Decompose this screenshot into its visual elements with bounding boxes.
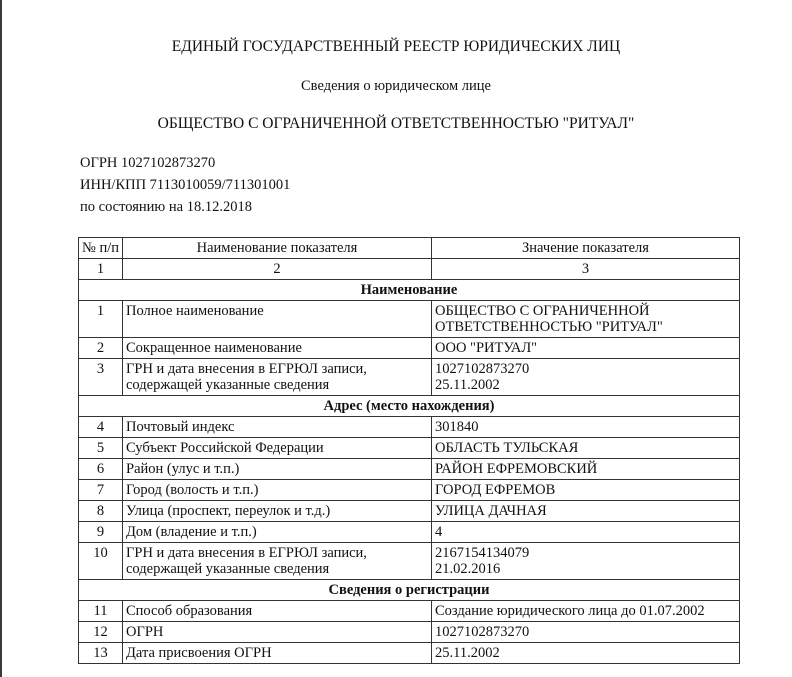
- row-number: 6: [79, 459, 123, 480]
- indicator-name-line: содержащей указанные сведения: [126, 561, 428, 577]
- table-row: 8Улица (проспект, переулок и т.д.)УЛИЦА …: [79, 501, 740, 522]
- window-left-border: [0, 0, 2, 677]
- column-index-2: 2: [123, 259, 432, 280]
- indicator-name: Почтовый индекс: [123, 417, 432, 438]
- row-number: 4: [79, 417, 123, 438]
- indicator-name-line: ГРН и дата внесения в ЕГРЮЛ записи,: [126, 361, 428, 377]
- row-number: 2: [79, 338, 123, 359]
- row-number: 3: [79, 359, 123, 396]
- column-index-3: 3: [432, 259, 740, 280]
- table-row: 7Город (волость и т.п.)ГОРОД ЕФРЕМОВ: [79, 480, 740, 501]
- indicator-value: Создание юридического лица до 01.07.2002: [432, 601, 740, 622]
- indicator-value: УЛИЦА ДАЧНАЯ: [432, 501, 740, 522]
- inn-kpp-line: ИНН/КПП 7113010059/711301001: [80, 174, 290, 196]
- indicator-name-line: Способ образования: [126, 601, 428, 621]
- column-index-1: 1: [79, 259, 123, 280]
- table-row: 2Сокращенное наименованиеООО "РИТУАЛ": [79, 338, 740, 359]
- indicator-value: 301840: [432, 417, 740, 438]
- indicator-value-line: 2167154134079: [435, 545, 736, 561]
- indicator-name-line: Район (улус и т.п.): [126, 459, 428, 479]
- section-header-row: Адрес (место нахождения): [79, 396, 740, 417]
- indicator-name: ОГРН: [123, 622, 432, 643]
- indicator-value-line: ГОРОД ЕФРЕМОВ: [435, 480, 736, 500]
- row-number: 1: [79, 301, 123, 338]
- section-title: Сведения о регистрации: [79, 580, 740, 601]
- indicator-value-line: ООО "РИТУАЛ": [435, 338, 736, 358]
- indicator-value-line: ОБЛАСТЬ ТУЛЬСКАЯ: [435, 438, 736, 458]
- ogrn-line: ОГРН 1027102873270: [80, 152, 215, 174]
- indicator-name-line: Дом (владение и т.п.): [126, 522, 428, 542]
- company-name: ОБЩЕСТВО С ОГРАНИЧЕННОЙ ОТВЕТСТВЕННОСТЬЮ…: [0, 115, 792, 133]
- column-header-indicator: Наименование показателя: [123, 238, 432, 259]
- column-header-number: № п/п: [79, 238, 123, 259]
- indicator-value-line: 21.02.2016: [435, 561, 736, 577]
- registry-title: ЕДИНЫЙ ГОСУДАРСТВЕННЫЙ РЕЕСТР ЮРИДИЧЕСКИ…: [0, 38, 792, 56]
- indicator-name-line: Субъект Российской Федерации: [126, 438, 428, 458]
- indicator-value-line: ОТВЕТСТВЕННОСТЬЮ "РИТУАЛ": [435, 319, 736, 335]
- indicator-value-line: ОБЩЕСТВО С ОГРАНИЧЕННОЙ: [435, 303, 736, 319]
- indicator-value: ОБЛАСТЬ ТУЛЬСКАЯ: [432, 438, 740, 459]
- indicator-value-line: 25.11.2002: [435, 377, 736, 393]
- section-title: Адрес (место нахождения): [79, 396, 740, 417]
- row-number: 11: [79, 601, 123, 622]
- indicator-name: Способ образования: [123, 601, 432, 622]
- indicator-value: ОБЩЕСТВО С ОГРАНИЧЕННОЙОТВЕТСТВЕННОСТЬЮ …: [432, 301, 740, 338]
- table-row: 11Способ образованияСоздание юридическог…: [79, 601, 740, 622]
- indicator-value-line: 1027102873270: [435, 622, 736, 642]
- indicator-name-line: Улица (проспект, переулок и т.д.): [126, 501, 428, 521]
- indicator-value-line: 1027102873270: [435, 361, 736, 377]
- indicator-value-line: 4: [435, 522, 736, 542]
- table-row: 13Дата присвоения ОГРН25.11.2002: [79, 643, 740, 664]
- indicator-value-line: Создание юридического лица до 01.07.2002: [435, 601, 736, 621]
- indicator-name: Субъект Российской Федерации: [123, 438, 432, 459]
- indicator-value: ГОРОД ЕФРЕМОВ: [432, 480, 740, 501]
- row-number: 12: [79, 622, 123, 643]
- indicator-name-line: содержащей указанные сведения: [126, 377, 428, 393]
- as-of-date-line: по состоянию на 18.12.2018: [80, 196, 252, 218]
- indicator-name-line: Почтовый индекс: [126, 417, 428, 437]
- indicator-name-line: ОГРН: [126, 622, 428, 642]
- indicator-value-line: 25.11.2002: [435, 643, 736, 663]
- registry-table: № п/п Наименование показателя Значение п…: [78, 237, 740, 664]
- indicator-name: Район (улус и т.п.): [123, 459, 432, 480]
- indicator-name: Улица (проспект, переулок и т.д.): [123, 501, 432, 522]
- row-number: 7: [79, 480, 123, 501]
- indicator-name: Дом (владение и т.п.): [123, 522, 432, 543]
- column-index-row: 1 2 3: [79, 259, 740, 280]
- indicator-value: РАЙОН ЕФРЕМОВСКИЙ: [432, 459, 740, 480]
- table-row: 10ГРН и дата внесения в ЕГРЮЛ записи,сод…: [79, 543, 740, 580]
- row-number: 9: [79, 522, 123, 543]
- table-header-row: № п/п Наименование показателя Значение п…: [79, 238, 740, 259]
- section-header-row: Сведения о регистрации: [79, 580, 740, 601]
- indicator-name-line: Дата присвоения ОГРН: [126, 643, 428, 663]
- indicator-name: Дата присвоения ОГРН: [123, 643, 432, 664]
- indicator-name: Сокращенное наименование: [123, 338, 432, 359]
- indicator-name: ГРН и дата внесения в ЕГРЮЛ записи,содер…: [123, 543, 432, 580]
- indicator-name-line: Полное наименование: [126, 303, 428, 319]
- indicator-name-line: ГРН и дата внесения в ЕГРЮЛ записи,: [126, 545, 428, 561]
- row-number: 13: [79, 643, 123, 664]
- indicator-name: ГРН и дата внесения в ЕГРЮЛ записи,содер…: [123, 359, 432, 396]
- indicator-value: 1027102873270: [432, 622, 740, 643]
- row-number: 5: [79, 438, 123, 459]
- indicator-value: 4: [432, 522, 740, 543]
- table-row: 9Дом (владение и т.п.)4: [79, 522, 740, 543]
- indicator-value-line: РАЙОН ЕФРЕМОВСКИЙ: [435, 459, 736, 479]
- row-number: 10: [79, 543, 123, 580]
- indicator-name-line: Сокращенное наименование: [126, 338, 428, 358]
- table-row: 6Район (улус и т.п.)РАЙОН ЕФРЕМОВСКИЙ: [79, 459, 740, 480]
- section-title: Наименование: [79, 280, 740, 301]
- table-row: 5Субъект Российской ФедерацииОБЛАСТЬ ТУЛ…: [79, 438, 740, 459]
- table-row: 3ГРН и дата внесения в ЕГРЮЛ записи,соде…: [79, 359, 740, 396]
- indicator-value-line: 301840: [435, 417, 736, 437]
- indicator-value: 25.11.2002: [432, 643, 740, 664]
- indicator-value: 216715413407921.02.2016: [432, 543, 740, 580]
- table-row: 1Полное наименованиеОБЩЕСТВО С ОГРАНИЧЕН…: [79, 301, 740, 338]
- indicator-name: Город (волость и т.п.): [123, 480, 432, 501]
- indicator-value: 102710287327025.11.2002: [432, 359, 740, 396]
- column-header-value: Значение показателя: [432, 238, 740, 259]
- indicator-value-line: УЛИЦА ДАЧНАЯ: [435, 501, 736, 521]
- table-row: 4Почтовый индекс301840: [79, 417, 740, 438]
- document-subtitle: Сведения о юридическом лице: [0, 78, 792, 95]
- row-number: 8: [79, 501, 123, 522]
- indicator-name: Полное наименование: [123, 301, 432, 338]
- indicator-name-line: Город (волость и т.п.): [126, 480, 428, 500]
- table-row: 12ОГРН1027102873270: [79, 622, 740, 643]
- section-header-row: Наименование: [79, 280, 740, 301]
- indicator-value: ООО "РИТУАЛ": [432, 338, 740, 359]
